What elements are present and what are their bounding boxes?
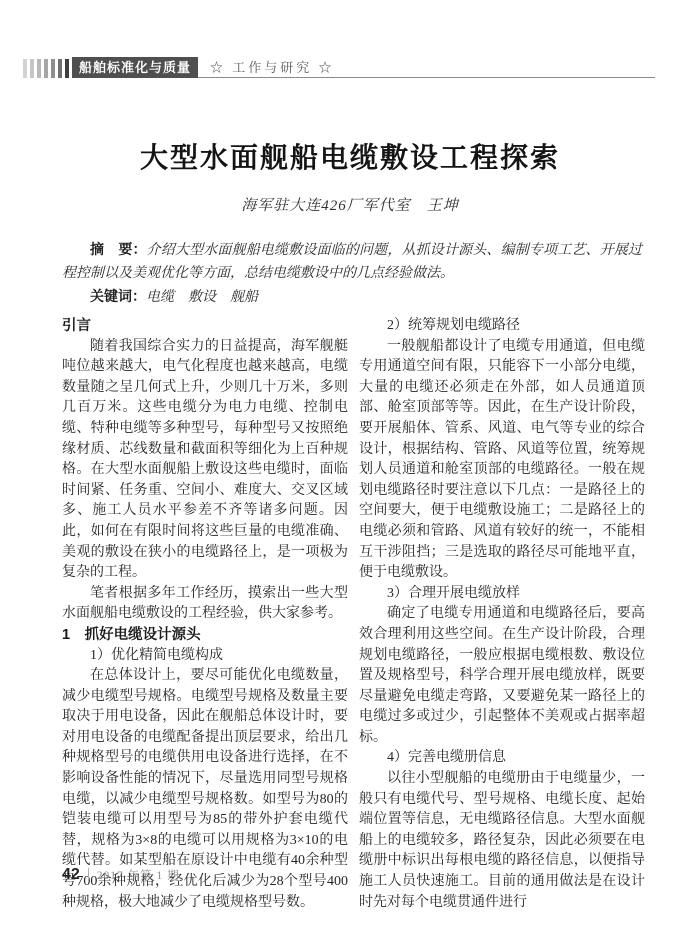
issue-info: 2017 年第 1 期 [97,867,180,883]
keywords-text: 电缆 敷设 舰船 [146,290,258,305]
item-3-paragraph: 确定了电缆专用通道和电缆路径后，要高效合理利用这些空间。在生产设计阶段，合理规划… [359,604,645,748]
brand-bar [58,59,62,78]
keywords-label: 关键词： [90,288,146,304]
footer-divider [88,868,89,882]
intro-heading: 引言 [62,316,348,337]
intro-paragraph-1: 随着我国综合实力的日益提高，海军舰艇吨位越来越大，电气化程度也越来越高，电缆数量… [62,337,348,584]
brand-bar [30,59,34,78]
abstract-paragraph: 摘 要：介绍大型水面舰船电缆敷设面临的问题，从抓设计源头、编制专项工艺、开展过程… [62,238,642,285]
section-1-heading: 1 抓好电缆设计源头 [62,625,348,646]
page-header: 船舶标准化与质量 ☆ 工作与研究 ☆ [23,57,655,78]
intro-paragraph-2: 笔者根据多年工作经历，摸索出一些大型水面舰船电缆敷设的工程经验，供大家参考。 [62,584,348,625]
brand-bar [37,59,41,78]
column-label: ☆ 工作与研究 ☆ [210,57,335,76]
abstract-label: 摘 要： [90,241,147,257]
brand-bars [23,57,69,78]
item-4-paragraph: 以往小型舰船的电缆册由于电缆量少，一般只有电缆代号、型号规格、电缆长度、起始端位… [359,769,645,913]
brand-bar [65,59,69,78]
left-column: 引言 随着我国综合实力的日益提高，海军舰艇吨位越来越大，电气化程度也越来越高，电… [62,316,348,913]
brand-bar [23,59,27,78]
journal-name: 船舶标准化与质量 [79,60,191,75]
author-byline: 海军驻大连426厂军代室 王坤 [0,194,700,215]
item-2-heading: 2）统筹规划电缆路径 [359,316,645,337]
item-2-paragraph: 一般舰船都设计了电缆专用通道，但电缆专用通道空间有限，只能容下一小部分电缆，大量… [359,337,645,584]
right-column: 2）统筹规划电缆路径 一般舰船都设计了电缆专用通道，但电缆专用通道空间有限，只能… [359,316,645,913]
brand-bar [44,59,48,78]
item-3-heading: 3）合理开展电缆放样 [359,584,645,605]
item-4-heading: 4）完善电缆册信息 [359,748,645,769]
page-footer: 42 2017 年第 1 期 [62,866,180,884]
journal-name-box: 船舶标准化与质量 [72,57,198,78]
journal-page: 船舶标准化与质量 ☆ 工作与研究 ☆ 大型水面舰船电缆敷设工程探索 海军驻大连4… [0,0,700,950]
abstract-text: 介绍大型水面舰船电缆敷设面临的问题，从抓设计源头、编制专项工艺、开展过程控制以及… [62,243,642,281]
abstract-block: 摘 要：介绍大型水面舰船电缆敷设面临的问题，从抓设计源头、编制专项工艺、开展过程… [62,238,642,309]
brand-bar [51,59,55,78]
article-title: 大型水面舰船电缆敷设工程探索 [0,136,700,176]
header-rule: ☆ 工作与研究 ☆ [198,56,655,78]
keywords-line: 关键词：电缆 敷设 舰船 [62,285,642,309]
item-1-heading: 1）优化精简电缆构成 [62,646,348,667]
page-number: 42 [62,866,80,884]
